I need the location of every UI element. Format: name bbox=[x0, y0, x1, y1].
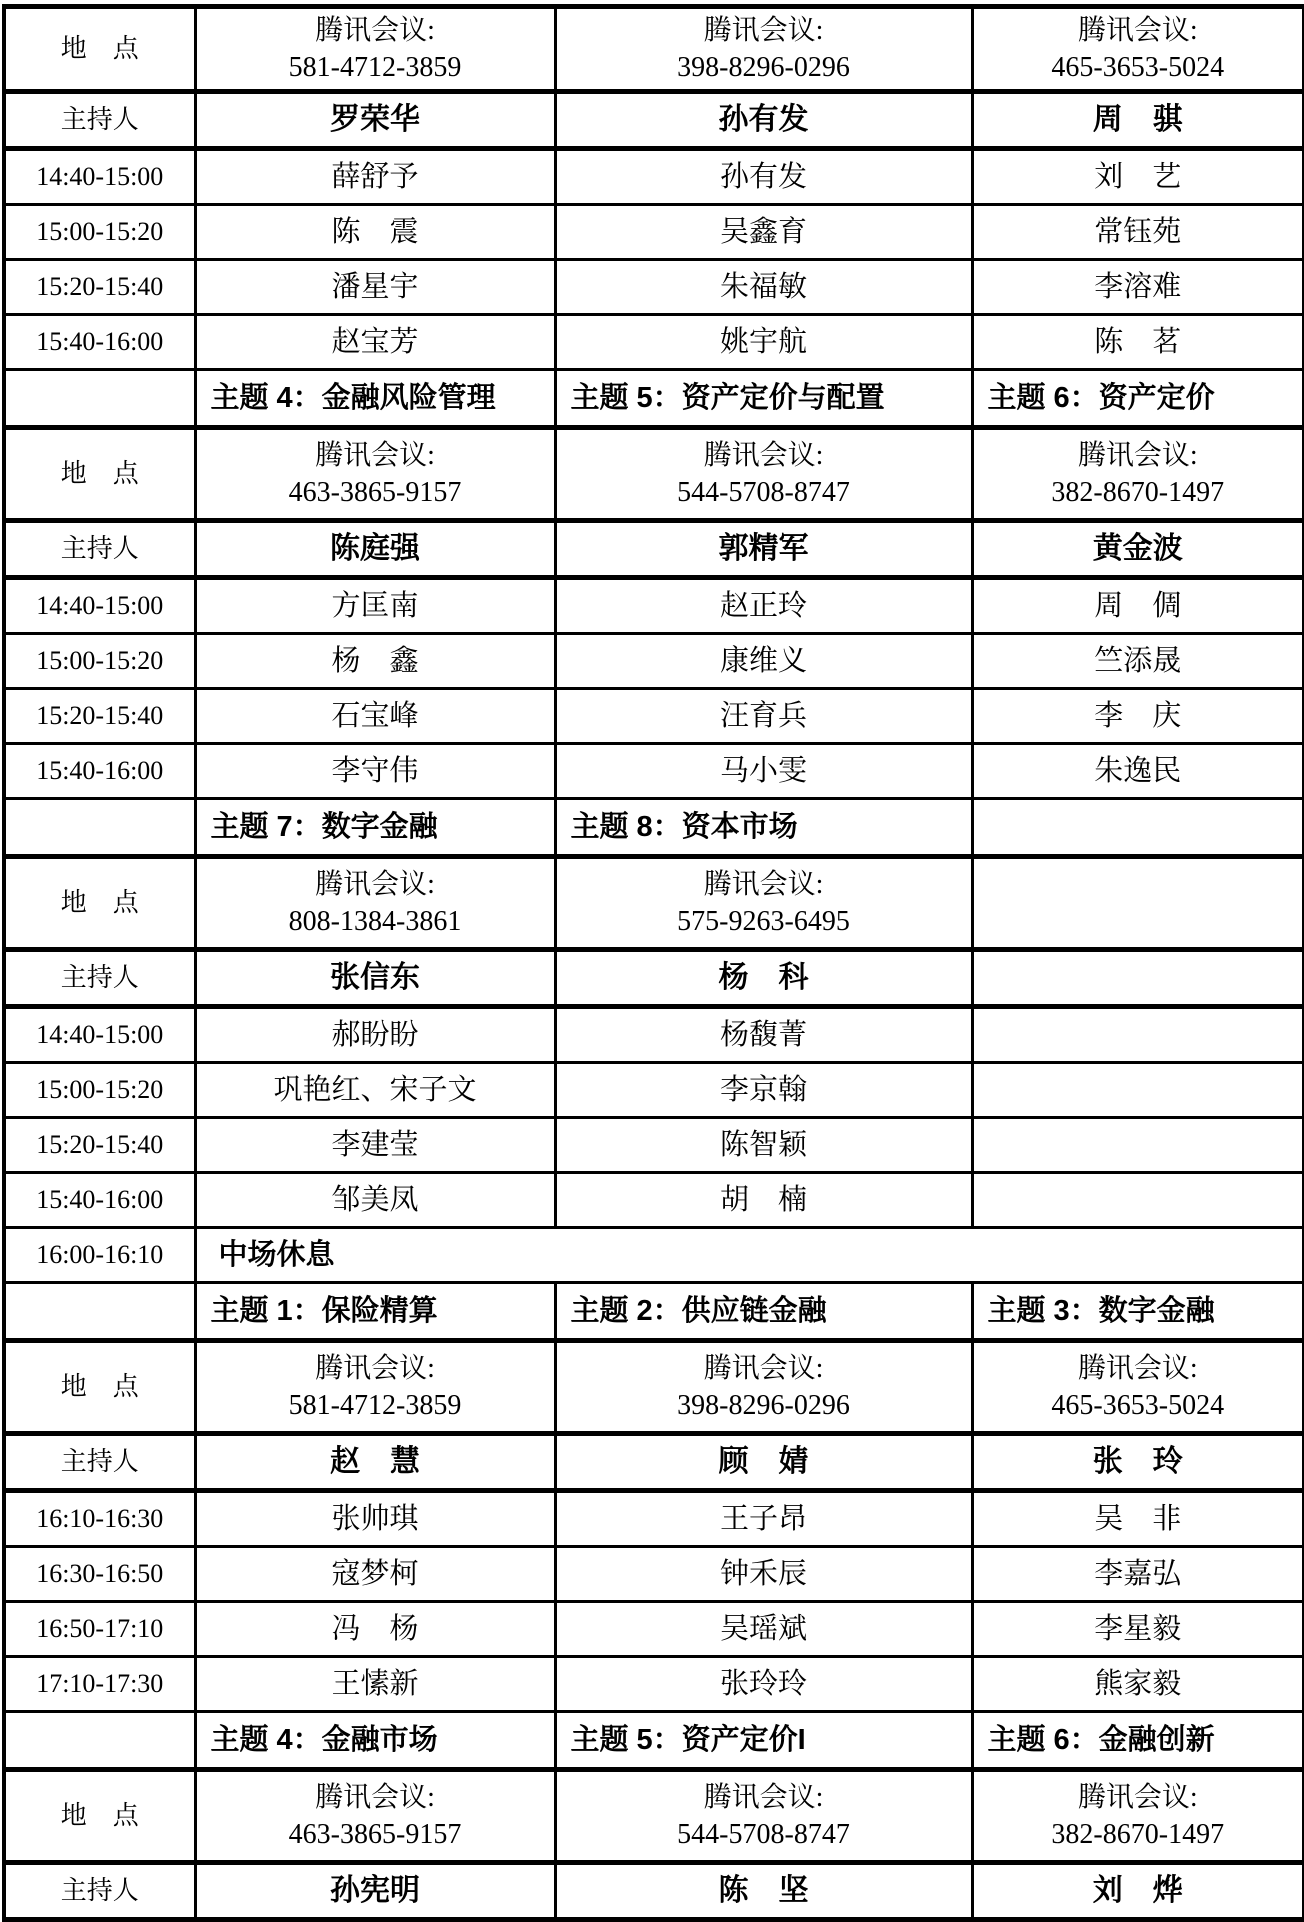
time-slot-cell: 15:20-15:40 bbox=[4, 260, 195, 315]
speaker-name-cell: 李建莹 bbox=[195, 1118, 555, 1173]
speaker-name-cell: 孙有发 bbox=[555, 149, 972, 205]
meeting-id: 575-9263-6495 bbox=[561, 903, 967, 940]
table-row-time: 14:40-15:00郝盼盼杨馥菁 bbox=[4, 1007, 1304, 1063]
meeting-id: 463-3865-9157 bbox=[201, 474, 550, 511]
time-slot-cell: 15:20-15:40 bbox=[4, 1118, 195, 1173]
row-label-cell: 地 点 bbox=[4, 1341, 195, 1434]
meeting-location-cell: 腾讯会议:544-5708-8747 bbox=[555, 1770, 972, 1863]
meeting-id: 398-8296-0296 bbox=[561, 1387, 967, 1424]
topic-title-cell: 主题 3：数字金融 bbox=[972, 1283, 1304, 1341]
row-label-cell: 主持人 bbox=[4, 1434, 195, 1491]
meeting-platform-label: 腾讯会议: bbox=[561, 866, 967, 903]
meeting-id: 581-4712-3859 bbox=[201, 1387, 550, 1424]
table-row-time: 14:40-15:00方匡南赵正玲周 倜 bbox=[4, 578, 1304, 634]
meeting-location-cell: 腾讯会议:581-4712-3859 bbox=[195, 7, 555, 92]
table-row-topic: 主题 4：金融市场主题 5：资产定价I主题 6：金融创新 bbox=[4, 1712, 1304, 1770]
topic-title-cell: 主题 1：保险精算 bbox=[195, 1283, 555, 1341]
speaker-name-cell: 姚宇航 bbox=[555, 315, 972, 370]
topic-title-cell: 主题 5：资产定价与配置 bbox=[555, 370, 972, 428]
table-row-break: 16:00-16:10中场休息 bbox=[4, 1228, 1304, 1283]
speaker-name-cell: 方匡南 bbox=[195, 578, 555, 634]
speaker-name-cell: 熊家毅 bbox=[972, 1657, 1304, 1712]
row-label-cell: 主持人 bbox=[4, 92, 195, 149]
speaker-name-cell: 张帅琪 bbox=[195, 1491, 555, 1547]
speaker-name-cell: 李嘉弘 bbox=[972, 1547, 1304, 1602]
time-slot-cell: 17:10-17:30 bbox=[4, 1657, 195, 1712]
empty-cell bbox=[972, 1007, 1304, 1063]
time-slot-cell: 15:00-15:20 bbox=[4, 1063, 195, 1118]
schedule-table-body: 地 点腾讯会议:581-4712-3859腾讯会议:398-8296-0296腾… bbox=[4, 7, 1304, 1920]
meeting-platform-label: 腾讯会议: bbox=[561, 1779, 967, 1816]
table-row-location: 地 点腾讯会议:581-4712-3859腾讯会议:398-8296-0296腾… bbox=[4, 1341, 1304, 1434]
meeting-location-cell: 腾讯会议:575-9263-6495 bbox=[555, 857, 972, 950]
table-row-time: 15:00-15:20杨 鑫康维义竺添晟 bbox=[4, 634, 1304, 689]
speaker-name-cell: 吴鑫育 bbox=[555, 205, 972, 260]
meeting-location-cell: 腾讯会议:463-3865-9157 bbox=[195, 1770, 555, 1863]
time-slot-cell: 16:10-16:30 bbox=[4, 1491, 195, 1547]
table-row-time: 15:20-15:40李建莹陈智颖 bbox=[4, 1118, 1304, 1173]
topic-title-cell: 主题 8：资本市场 bbox=[555, 799, 972, 857]
row-label-cell: 地 点 bbox=[4, 428, 195, 521]
speaker-name-cell: 吴瑶斌 bbox=[555, 1602, 972, 1657]
meeting-platform-label: 腾讯会议: bbox=[978, 12, 1299, 49]
row-label-cell: 主持人 bbox=[4, 521, 195, 578]
speaker-name-cell: 周 倜 bbox=[972, 578, 1304, 634]
meeting-id: 463-3865-9157 bbox=[201, 1816, 550, 1853]
host-name-cell: 顾 婧 bbox=[555, 1434, 972, 1491]
table-row-time: 15:40-16:00赵宝芳姚宇航陈 茗 bbox=[4, 315, 1304, 370]
meeting-platform-label: 腾讯会议: bbox=[201, 12, 550, 49]
meeting-platform-label: 腾讯会议: bbox=[978, 1779, 1299, 1816]
table-row-time: 17:10-17:30王愫新张玲玲熊家毅 bbox=[4, 1657, 1304, 1712]
table-row-host: 主持人罗荣华孙有发周 骐 bbox=[4, 92, 1304, 149]
table-row-time: 14:40-15:00薛舒予孙有发刘 艺 bbox=[4, 149, 1304, 205]
host-name-cell: 罗荣华 bbox=[195, 92, 555, 149]
row-label-cell: 地 点 bbox=[4, 857, 195, 950]
empty-cell bbox=[972, 857, 1304, 950]
meeting-location-cell: 腾讯会议:382-8670-1497 bbox=[972, 1770, 1304, 1863]
meeting-location-cell: 腾讯会议:465-3653-5024 bbox=[972, 7, 1304, 92]
table-row-time: 15:40-16:00李守伟马小雯朱逸民 bbox=[4, 744, 1304, 799]
empty-corner-cell bbox=[4, 1712, 195, 1770]
row-label-cell: 主持人 bbox=[4, 950, 195, 1007]
meeting-id: 544-5708-8747 bbox=[561, 474, 967, 511]
time-slot-cell: 14:40-15:00 bbox=[4, 149, 195, 205]
meeting-platform-label: 腾讯会议: bbox=[978, 437, 1299, 474]
topic-title-cell: 主题 4：金融风险管理 bbox=[195, 370, 555, 428]
topic-title-cell: 主题 6：金融创新 bbox=[972, 1712, 1304, 1770]
table-row-time: 16:50-17:10冯 杨吴瑶斌李星毅 bbox=[4, 1602, 1304, 1657]
meeting-platform-label: 腾讯会议: bbox=[201, 1779, 550, 1816]
time-slot-cell: 16:00-16:10 bbox=[4, 1228, 195, 1283]
speaker-name-cell: 王子昂 bbox=[555, 1491, 972, 1547]
table-row-host: 主持人陈庭强郭精军黄金波 bbox=[4, 521, 1304, 578]
table-row-topic: 主题 4：金融风险管理主题 5：资产定价与配置主题 6：资产定价 bbox=[4, 370, 1304, 428]
meeting-id: 398-8296-0296 bbox=[561, 49, 967, 86]
empty-corner-cell bbox=[4, 1283, 195, 1341]
host-name-cell: 赵 慧 bbox=[195, 1434, 555, 1491]
empty-cell bbox=[972, 950, 1304, 1007]
speaker-name-cell: 竺添晟 bbox=[972, 634, 1304, 689]
meeting-id: 465-3653-5024 bbox=[978, 1387, 1299, 1424]
table-row-host: 主持人张信东杨 科 bbox=[4, 950, 1304, 1007]
meeting-id: 382-8670-1497 bbox=[978, 474, 1299, 511]
host-name-cell: 张 玲 bbox=[972, 1434, 1304, 1491]
table-row-location: 地 点腾讯会议:808-1384-3861腾讯会议:575-9263-6495 bbox=[4, 857, 1304, 950]
meeting-id: 581-4712-3859 bbox=[201, 49, 550, 86]
time-slot-cell: 14:40-15:00 bbox=[4, 578, 195, 634]
table-row-location: 地 点腾讯会议:581-4712-3859腾讯会议:398-8296-0296腾… bbox=[4, 7, 1304, 92]
meeting-location-cell: 腾讯会议:398-8296-0296 bbox=[555, 1341, 972, 1434]
speaker-name-cell: 刘 艺 bbox=[972, 149, 1304, 205]
meeting-platform-label: 腾讯会议: bbox=[201, 437, 550, 474]
host-name-cell: 刘 烨 bbox=[972, 1863, 1304, 1920]
speaker-name-cell: 李溶难 bbox=[972, 260, 1304, 315]
empty-cell bbox=[972, 1118, 1304, 1173]
speaker-name-cell: 杨馥菁 bbox=[555, 1007, 972, 1063]
break-cell: 中场休息 bbox=[195, 1228, 1304, 1283]
meeting-platform-label: 腾讯会议: bbox=[978, 1350, 1299, 1387]
document-page: 地 点腾讯会议:581-4712-3859腾讯会议:398-8296-0296腾… bbox=[0, 0, 1304, 1922]
time-slot-cell: 16:30-16:50 bbox=[4, 1547, 195, 1602]
topic-title-cell: 主题 5：资产定价I bbox=[555, 1712, 972, 1770]
topic-title-cell: 主题 4：金融市场 bbox=[195, 1712, 555, 1770]
meeting-platform-label: 腾讯会议: bbox=[561, 12, 967, 49]
time-slot-cell: 15:40-16:00 bbox=[4, 744, 195, 799]
speaker-name-cell: 邹美凤 bbox=[195, 1173, 555, 1228]
speaker-name-cell: 巩艳红、宋子文 bbox=[195, 1063, 555, 1118]
meeting-platform-label: 腾讯会议: bbox=[201, 866, 550, 903]
host-name-cell: 郭精军 bbox=[555, 521, 972, 578]
meeting-platform-label: 腾讯会议: bbox=[201, 1350, 550, 1387]
speaker-name-cell: 朱福敏 bbox=[555, 260, 972, 315]
table-row-time: 16:30-16:50寇梦柯钟禾辰李嘉弘 bbox=[4, 1547, 1304, 1602]
table-row-topic: 主题 7：数字金融主题 8：资本市场 bbox=[4, 799, 1304, 857]
table-row-time: 15:00-15:20陈 震吴鑫育常钰苑 bbox=[4, 205, 1304, 260]
table-row-time: 15:40-16:00邹美凤胡 楠 bbox=[4, 1173, 1304, 1228]
time-slot-cell: 15:40-16:00 bbox=[4, 1173, 195, 1228]
speaker-name-cell: 陈 茗 bbox=[972, 315, 1304, 370]
speaker-name-cell: 寇梦柯 bbox=[195, 1547, 555, 1602]
topic-title-cell: 主题 6：资产定价 bbox=[972, 370, 1304, 428]
table-row-location: 地 点腾讯会议:463-3865-9157腾讯会议:544-5708-8747腾… bbox=[4, 1770, 1304, 1863]
row-label-cell: 地 点 bbox=[4, 1770, 195, 1863]
time-slot-cell: 16:50-17:10 bbox=[4, 1602, 195, 1657]
speaker-name-cell: 王愫新 bbox=[195, 1657, 555, 1712]
meeting-location-cell: 腾讯会议:808-1384-3861 bbox=[195, 857, 555, 950]
row-label-cell: 主持人 bbox=[4, 1863, 195, 1920]
time-slot-cell: 15:40-16:00 bbox=[4, 315, 195, 370]
meeting-id: 808-1384-3861 bbox=[201, 903, 550, 940]
speaker-name-cell: 胡 楠 bbox=[555, 1173, 972, 1228]
table-row-time: 16:10-16:30张帅琪王子昂吴 非 bbox=[4, 1491, 1304, 1547]
speaker-name-cell: 钟禾辰 bbox=[555, 1547, 972, 1602]
speaker-name-cell: 郝盼盼 bbox=[195, 1007, 555, 1063]
speaker-name-cell: 马小雯 bbox=[555, 744, 972, 799]
speaker-name-cell: 冯 杨 bbox=[195, 1602, 555, 1657]
table-row-time: 15:20-15:40石宝峰汪育兵李 庆 bbox=[4, 689, 1304, 744]
schedule-table: 地 点腾讯会议:581-4712-3859腾讯会议:398-8296-0296腾… bbox=[2, 4, 1304, 1922]
meeting-location-cell: 腾讯会议:581-4712-3859 bbox=[195, 1341, 555, 1434]
empty-corner-cell bbox=[4, 370, 195, 428]
host-name-cell: 杨 科 bbox=[555, 950, 972, 1007]
host-name-cell: 黄金波 bbox=[972, 521, 1304, 578]
speaker-name-cell: 李星毅 bbox=[972, 1602, 1304, 1657]
table-row-time: 15:20-15:40潘星宇朱福敏李溶难 bbox=[4, 260, 1304, 315]
meeting-id: 544-5708-8747 bbox=[561, 1816, 967, 1853]
meeting-location-cell: 腾讯会议:544-5708-8747 bbox=[555, 428, 972, 521]
speaker-name-cell: 李守伟 bbox=[195, 744, 555, 799]
speaker-name-cell: 薛舒予 bbox=[195, 149, 555, 205]
speaker-name-cell: 李 庆 bbox=[972, 689, 1304, 744]
meeting-platform-label: 腾讯会议: bbox=[561, 1350, 967, 1387]
table-row-host: 主持人孙宪明陈 坚刘 烨 bbox=[4, 1863, 1304, 1920]
speaker-name-cell: 潘星宇 bbox=[195, 260, 555, 315]
meeting-location-cell: 腾讯会议:382-8670-1497 bbox=[972, 428, 1304, 521]
meeting-location-cell: 腾讯会议:465-3653-5024 bbox=[972, 1341, 1304, 1434]
time-slot-cell: 15:00-15:20 bbox=[4, 205, 195, 260]
empty-cell bbox=[972, 1063, 1304, 1118]
time-slot-cell: 15:00-15:20 bbox=[4, 634, 195, 689]
meeting-location-cell: 腾讯会议:463-3865-9157 bbox=[195, 428, 555, 521]
table-row-host: 主持人赵 慧顾 婧张 玲 bbox=[4, 1434, 1304, 1491]
meeting-id: 382-8670-1497 bbox=[978, 1816, 1299, 1853]
speaker-name-cell: 陈智颖 bbox=[555, 1118, 972, 1173]
speaker-name-cell: 赵正玲 bbox=[555, 578, 972, 634]
speaker-name-cell: 吴 非 bbox=[972, 1491, 1304, 1547]
speaker-name-cell: 赵宝芳 bbox=[195, 315, 555, 370]
speaker-name-cell: 康维义 bbox=[555, 634, 972, 689]
speaker-name-cell: 汪育兵 bbox=[555, 689, 972, 744]
host-name-cell: 陈 坚 bbox=[555, 1863, 972, 1920]
topic-title-cell: 主题 2：供应链金融 bbox=[555, 1283, 972, 1341]
topic-title-cell: 主题 7：数字金融 bbox=[195, 799, 555, 857]
speaker-name-cell: 杨 鑫 bbox=[195, 634, 555, 689]
time-slot-cell: 15:20-15:40 bbox=[4, 689, 195, 744]
speaker-name-cell: 朱逸民 bbox=[972, 744, 1304, 799]
table-row-time: 15:00-15:20巩艳红、宋子文李京翰 bbox=[4, 1063, 1304, 1118]
speaker-name-cell: 李京翰 bbox=[555, 1063, 972, 1118]
empty-corner-cell bbox=[4, 799, 195, 857]
host-name-cell: 张信东 bbox=[195, 950, 555, 1007]
speaker-name-cell: 张玲玲 bbox=[555, 1657, 972, 1712]
time-slot-cell: 14:40-15:00 bbox=[4, 1007, 195, 1063]
host-name-cell: 周 骐 bbox=[972, 92, 1304, 149]
meeting-platform-label: 腾讯会议: bbox=[561, 437, 967, 474]
row-label-cell: 地 点 bbox=[4, 7, 195, 92]
speaker-name-cell: 常钰苑 bbox=[972, 205, 1304, 260]
empty-cell bbox=[972, 799, 1304, 857]
host-name-cell: 孙有发 bbox=[555, 92, 972, 149]
speaker-name-cell: 石宝峰 bbox=[195, 689, 555, 744]
host-name-cell: 陈庭强 bbox=[195, 521, 555, 578]
table-row-location: 地 点腾讯会议:463-3865-9157腾讯会议:544-5708-8747腾… bbox=[4, 428, 1304, 521]
empty-cell bbox=[972, 1173, 1304, 1228]
speaker-name-cell: 陈 震 bbox=[195, 205, 555, 260]
host-name-cell: 孙宪明 bbox=[195, 1863, 555, 1920]
meeting-location-cell: 腾讯会议:398-8296-0296 bbox=[555, 7, 972, 92]
table-row-topic: 主题 1：保险精算主题 2：供应链金融主题 3：数字金融 bbox=[4, 1283, 1304, 1341]
meeting-id: 465-3653-5024 bbox=[978, 49, 1299, 86]
